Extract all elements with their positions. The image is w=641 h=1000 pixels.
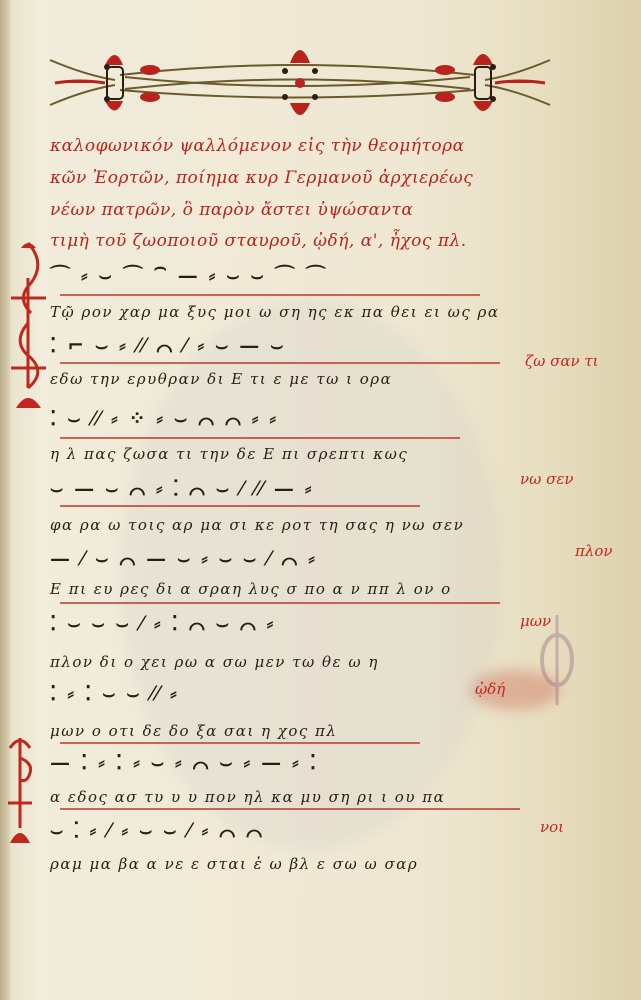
lyric-line-5: Ε πι ευ ρες δι α σραη λυς σ πο α ν ππ λ … (50, 582, 452, 597)
rubric-line-2: κῶν Ἐορτῶν, ποίημα κυρ Γερμανοῦ ἀρχιερέω… (50, 170, 473, 187)
red-floral-margin-ornament-icon (6, 238, 51, 418)
margin-note: νω σεν (520, 470, 574, 488)
neume-line-3: ⁚ ⌣ ⁄⁄ ⸗ ⁘ ⸗ ⌣ ⌒ ⌒ ⸗ ⸗ (50, 408, 278, 428)
neume-line-5: — ⁄ ⌣ ⌒ — ⌣ ⸗ ⌣ ⌣ ⁄ ⌒ ⸗ (50, 548, 317, 568)
neume-line-7: ⁚ ⸗ ⁚ ⌣ ⌣ ⁄⁄ ⸗ (50, 683, 179, 703)
margin-note: νοι (540, 818, 564, 836)
neume-line-8: — ⁚ ⸗ ⁚ ⸗ ⌣ ⸗ ⌒ ⌣ ⸗ — ⸗ ⁚ (50, 752, 318, 772)
lyric-line-6: πλον δι ο χει ρω α σω μεν τω θε ω η (50, 655, 379, 670)
margin-note: ᾠδή (475, 680, 505, 698)
manuscript-page: καλοφωνικόν ψαλλόμενον εἰς τὴν θεομήτορα… (0, 0, 641, 1000)
neume-line-9: ⌣ ⁚ ⸗ ⁄ ⸗ ⌣ ⌣ ⁄ ⸗ ⌒ ⌒ (50, 820, 264, 840)
lyric-line-1: Τῷ ρον χαρ μα ξυς μοι ω ση ης εκ πα θει … (50, 305, 500, 320)
rubric-line-1: καλοφωνικόν ψαλλόμενον εἰς τὴν θεομήτορα (50, 138, 465, 155)
rubric-line-4: τιμὴ τοῦ ζωοποιοῦ σταυροῦ, ᾠδή, α', ἦχος… (50, 233, 467, 250)
neume-line-6: ⁚ ⌣ ⌣ ⌣ ⁄ ⸗ ⁚ ⌒ ⌣ ⌒ ⸗ (50, 613, 275, 633)
neume-line-1: ⌒ ⸗ ⌣ ⌒ ⁀ — ⸗ ⌣ ⌣ ⌒ ⌒ (50, 265, 328, 285)
red-neume-row (60, 362, 500, 364)
lyric-line-7: μων ο οτι δε δο ξα σαι η χος πλ (50, 724, 337, 739)
red-neume-row (60, 808, 520, 810)
red-neume-row (60, 437, 460, 439)
red-neume-row (60, 742, 420, 744)
red-neume-row (60, 294, 480, 296)
neume-line-2: ⁚ ⌐ ⌣ ⸗ ⁄⁄ ⌒ ⁄ ⸗ ⌣ — ⌣ (50, 335, 285, 355)
margin-note: ζω σαν τι (525, 352, 599, 370)
lyric-line-2: εδω την ερυθραν δι Ε τι ε με τω ι ορα (50, 372, 392, 387)
interlace-headpiece-ornament-icon (45, 35, 555, 125)
faint-offset-ornament-icon (535, 610, 580, 710)
lyric-line-4: φα ρα ω τοις αρ μα σι κε ροτ τη σας η νω… (50, 518, 464, 533)
lyric-line-9: ραμ μα βα α νε ε σται ἐ ω βλ ε σω ω σαρ (50, 857, 418, 872)
red-neume-row (60, 602, 500, 604)
neume-line-4: ⌣ — ⌣ ⌒ ⸗ ⁚ ⌒ ⌣ ⁄ ⁄⁄ — ⸗ (50, 478, 314, 498)
lyric-line-8: α εδος ασ τυ υ υ πον ηλ κα μυ ση ρι ι ου… (50, 790, 445, 805)
margin-note: πλον (575, 542, 613, 560)
red-neume-row (60, 505, 420, 507)
rubric-line-3: νέων πατρῶν, ὃ παρὸν ἄστει ὑψώσαντα (50, 202, 413, 219)
lyric-line-3: η λ πας ζωσα τι την δε Ε πι σρεπτι κως (50, 447, 408, 462)
red-rho-staurogram-ornament-icon (5, 728, 35, 853)
